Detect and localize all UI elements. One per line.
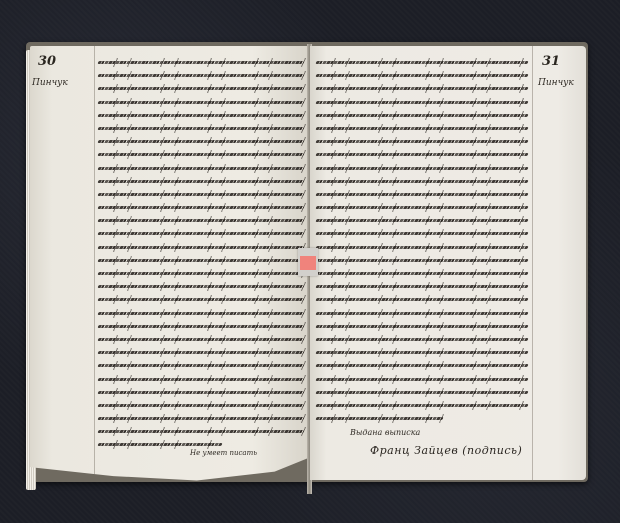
page-number-left: 30 (38, 54, 56, 69)
margin-rule (532, 46, 533, 480)
margin-note-left: Пинчук (32, 78, 68, 88)
handwritten-text-left (98, 56, 304, 452)
handwritten-text-right (316, 56, 528, 425)
end-note-left: Не умеет писать (190, 449, 257, 457)
margin-note-right: Пинчук (538, 78, 574, 88)
right-page: 31 Пинчук Выдана выписка Франц Зайцев (п… (310, 46, 586, 480)
bookmark-tab (298, 248, 318, 276)
signature: Франц Зайцев (подпись) (370, 444, 522, 457)
closing-label: Выдана выписка (350, 428, 420, 437)
red-flag-marker (300, 256, 316, 270)
left-page: 30 Пинчук Не умеет писать (30, 46, 308, 494)
page-number-right: 31 (542, 54, 560, 69)
margin-rule (94, 46, 95, 494)
